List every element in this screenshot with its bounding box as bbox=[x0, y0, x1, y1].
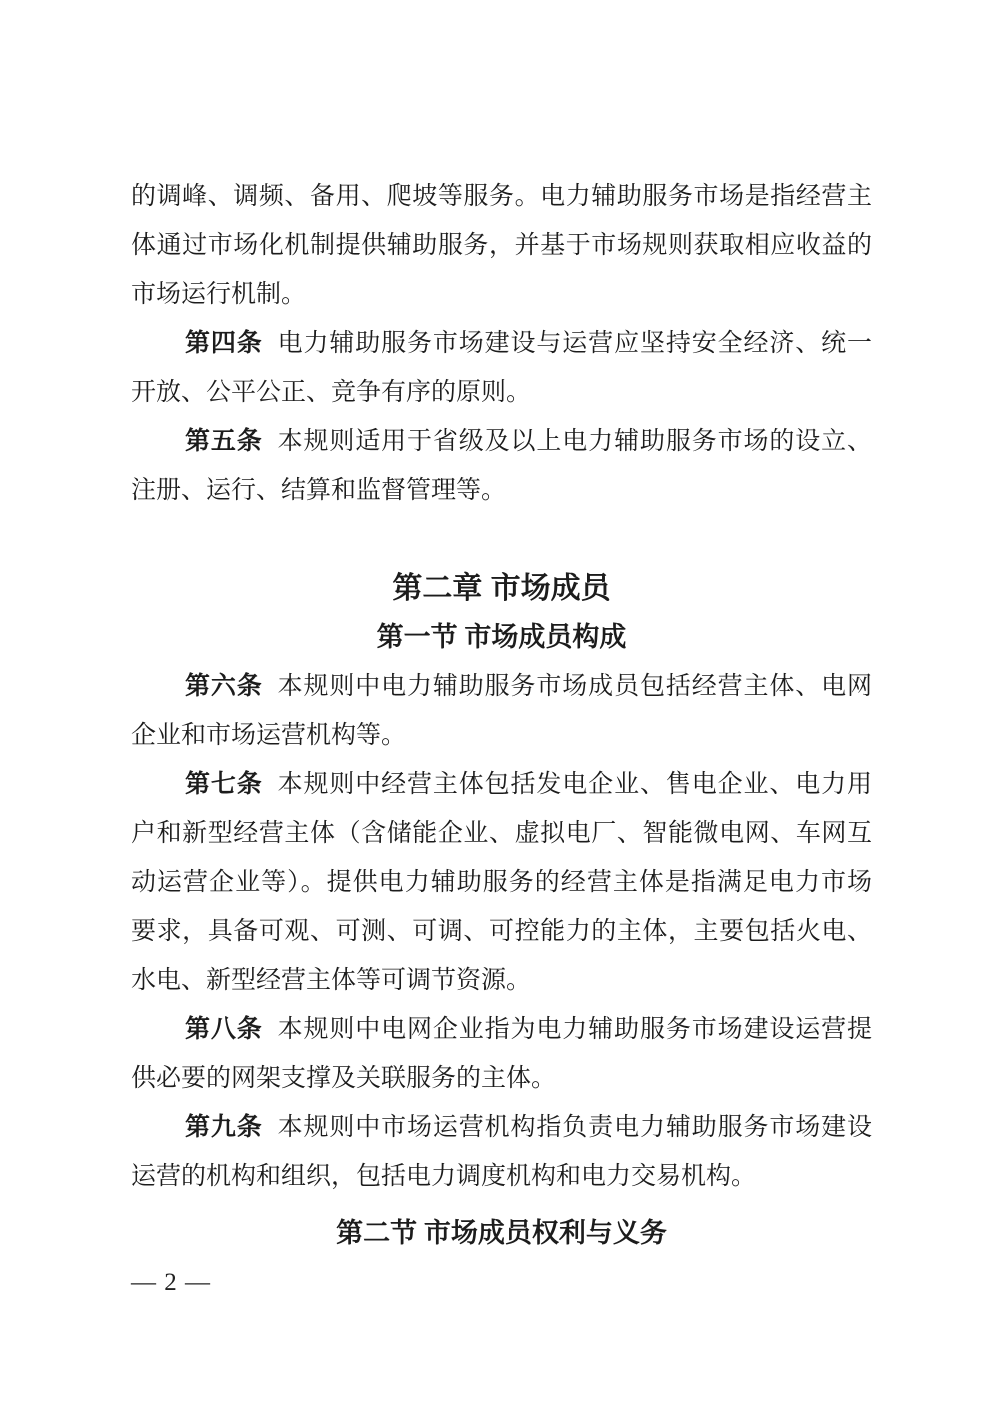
body-line: 第四条电力辅助服务市场建设与运营应坚持安全经济、统一 bbox=[131, 319, 872, 368]
body-text: 运营的机构和组织，包括电力调度机构和电力交易机构。 bbox=[131, 1163, 756, 1190]
body-text: 供必要的网架支撑及关联服务的主体。 bbox=[131, 1065, 556, 1092]
body-text: 本规则中经营主体包括发电企业、售电企业、电力用 bbox=[278, 771, 872, 798]
page-number: — 2 — bbox=[131, 1266, 211, 1300]
body-text: 本规则中市场运营机构指负责电力辅助服务市场建设 bbox=[278, 1114, 872, 1141]
body-line: 第八条本规则中电网企业指为电力辅助服务市场建设运营提 bbox=[131, 1005, 872, 1054]
body-text: 本规则适用于省级及以上电力辅助服务市场的设立、 bbox=[278, 428, 872, 455]
body-line: 第七条本规则中经营主体包括发电企业、售电企业、电力用 bbox=[131, 760, 872, 809]
article-number: 第八条 bbox=[185, 1016, 263, 1043]
document-page: 的调峰、调频、备用、爬坡等服务。电力辅助服务市场是指经营主 体通过市场化机制提供… bbox=[0, 0, 1000, 1414]
body-text: 要求，具备可观、可测、可调、可控能力的主体，主要包括火电、 bbox=[131, 918, 872, 945]
article-number: 第六条 bbox=[185, 673, 263, 700]
body-text: 户和新型经营主体（含储能企业、虚拟电厂、智能微电网、车网互 bbox=[131, 820, 872, 847]
body-text: 的调峰、调频、备用、爬坡等服务。电力辅助服务市场是指经营主 bbox=[131, 183, 872, 210]
body-line: 注册、运行、结算和监督管理等。 bbox=[131, 466, 872, 515]
article-number: 第五条 bbox=[185, 428, 263, 455]
body-line: 要求，具备可观、可测、可调、可控能力的主体，主要包括火电、 bbox=[131, 907, 872, 956]
article-number: 第九条 bbox=[185, 1114, 263, 1141]
body-text: 动运营企业等）。提供电力辅助服务的经营主体是指满足电力市场 bbox=[131, 869, 872, 896]
body-text: 本规则中电网企业指为电力辅助服务市场建设运营提 bbox=[278, 1016, 872, 1043]
chapter-heading: 第二章 市场成员 bbox=[131, 564, 872, 613]
body-text: 注册、运行、结算和监督管理等。 bbox=[131, 477, 506, 504]
body-line: 开放、公平公正、竞争有序的原则。 bbox=[131, 368, 872, 417]
body-line: 供必要的网架支撑及关联服务的主体。 bbox=[131, 1054, 872, 1103]
body-text: 开放、公平公正、竞争有序的原则。 bbox=[131, 379, 531, 406]
article-number: 第四条 bbox=[185, 330, 263, 357]
body-line: 动运营企业等）。提供电力辅助服务的经营主体是指满足电力市场 bbox=[131, 858, 872, 907]
article-number: 第七条 bbox=[185, 771, 263, 798]
body-text: 本规则中电力辅助服务市场成员包括经营主体、电网 bbox=[278, 673, 872, 700]
section-title: 第二节 市场成员权利与义务 bbox=[336, 1218, 667, 1248]
body-line: 户和新型经营主体（含储能企业、虚拟电厂、智能微电网、车网互 bbox=[131, 809, 872, 858]
chapter-title: 第二章 市场成员 bbox=[392, 572, 610, 605]
document-body: 的调峰、调频、备用、爬坡等服务。电力辅助服务市场是指经营主 体通过市场化机制提供… bbox=[131, 172, 872, 1258]
body-text: 市场运行机制。 bbox=[131, 281, 306, 308]
section-heading: 第一节 市场成员构成 bbox=[131, 613, 872, 662]
section-title: 第一节 市场成员构成 bbox=[377, 622, 627, 652]
blank-line bbox=[131, 515, 872, 564]
body-text: 水电、新型经营主体等可调节资源。 bbox=[131, 967, 531, 994]
body-line: 体通过市场化机制提供辅助服务，并基于市场规则获取相应收益的 bbox=[131, 221, 872, 270]
body-text: 体通过市场化机制提供辅助服务，并基于市场规则获取相应收益的 bbox=[131, 232, 872, 259]
body-line: 企业和市场运营机构等。 bbox=[131, 711, 872, 760]
body-line: 的调峰、调频、备用、爬坡等服务。电力辅助服务市场是指经营主 bbox=[131, 172, 872, 221]
body-line: 水电、新型经营主体等可调节资源。 bbox=[131, 956, 872, 1005]
body-text: 电力辅助服务市场建设与运营应坚持安全经济、统一 bbox=[278, 330, 872, 357]
body-line: 第六条本规则中电力辅助服务市场成员包括经营主体、电网 bbox=[131, 662, 872, 711]
body-line: 运营的机构和组织，包括电力调度机构和电力交易机构。 bbox=[131, 1152, 872, 1201]
body-line: 第五条本规则适用于省级及以上电力辅助服务市场的设立、 bbox=[131, 417, 872, 466]
body-line: 第九条本规则中市场运营机构指负责电力辅助服务市场建设 bbox=[131, 1103, 872, 1152]
body-text: 企业和市场运营机构等。 bbox=[131, 722, 406, 749]
section-heading: 第二节 市场成员权利与义务 bbox=[131, 1209, 872, 1258]
body-line: 市场运行机制。 bbox=[131, 270, 872, 319]
